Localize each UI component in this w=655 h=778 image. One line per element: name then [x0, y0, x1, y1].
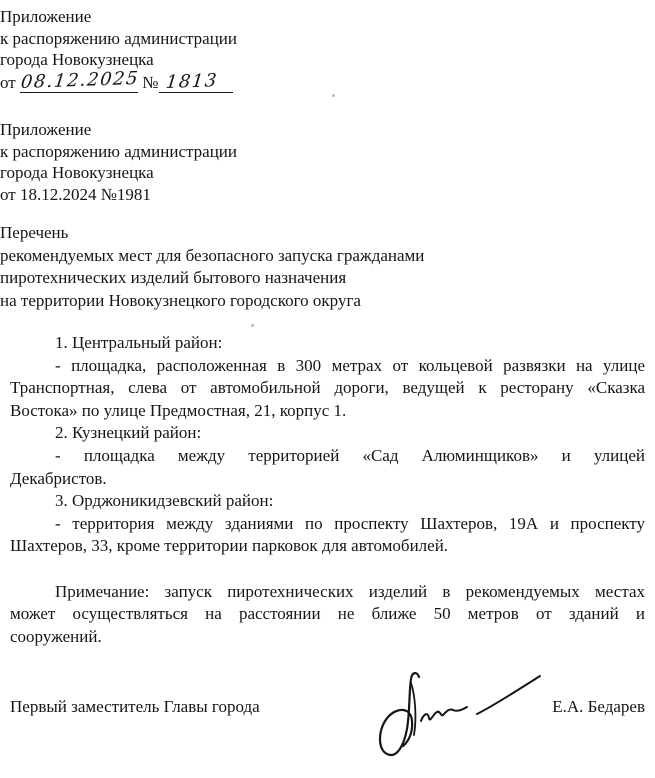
- body-line: Декабристов.: [10, 468, 645, 491]
- title-line: рекомендуемых мест для безопасного запус…: [0, 245, 655, 268]
- title-line: Перечень: [0, 222, 655, 245]
- body-line: Транспортная, слева от автомобильной дор…: [10, 377, 645, 400]
- body-line: - площадка между территорией «Сад Алюмин…: [10, 445, 645, 468]
- appendix-line: к распоряжению администрации: [0, 28, 642, 50]
- number-underline-field: 1813: [159, 73, 233, 93]
- date-underline-field: 08.12.2025: [20, 73, 138, 93]
- title-line: на территории Новокузнецкого городского …: [0, 290, 655, 313]
- scan-speck: [181, 551, 184, 554]
- appendix-block-current: Приложение к распоряжению администрации …: [0, 0, 655, 93]
- body-line: Востока» по улице Предмостная, 21, корпу…: [10, 400, 645, 423]
- appendix-line: города Новокузнецка: [0, 49, 642, 71]
- appendix-block-reference: Приложение к распоряжению администрации …: [0, 119, 655, 205]
- body-line: Шахтеров, 33, кроме территории парковок …: [10, 535, 645, 558]
- note-line: Примечание: запуск пиротехнических издел…: [10, 581, 645, 604]
- date-prefix-label: от: [0, 73, 16, 92]
- document-body: 1. Центральный район: - площадка, распол…: [0, 332, 655, 648]
- signature-row: Первый заместитель Главы города Е.А. Бед…: [0, 697, 655, 717]
- paragraph-site-3: - территория между зданиями по проспекту…: [10, 513, 645, 558]
- body-line: - территория между зданиями по проспекту…: [10, 513, 645, 536]
- handwritten-date: 08.12.2025: [20, 68, 140, 91]
- appendix-reference-date: от 18.12.2024 №1981: [0, 184, 642, 206]
- appendix-line: города Новокузнецка: [0, 162, 642, 184]
- paragraph-district-3: 3. Орджоникидзевский район:: [10, 490, 645, 513]
- note-line: сооружений.: [10, 626, 645, 649]
- appendix-date-line: от 08.12.2025 №1813: [0, 72, 642, 94]
- handwritten-signature-icon: [373, 669, 545, 757]
- paragraph-site-1: - площадка, расположенная в 300 метрах о…: [10, 355, 645, 423]
- document-title: Перечень рекомендуемых мест для безопасн…: [0, 222, 655, 312]
- scan-speck: [332, 94, 335, 97]
- paragraph-site-2: - площадка между территорией «Сад Алюмин…: [10, 445, 645, 490]
- handwritten-number: 1813: [165, 71, 219, 92]
- paragraph-district-2: 2. Кузнецкий район:: [10, 422, 645, 445]
- paragraph-note: Примечание: запуск пиротехнических издел…: [10, 581, 645, 649]
- document-page: Приложение к распоряжению администрации …: [0, 0, 655, 778]
- appendix-line: Приложение: [0, 119, 642, 141]
- title-line: пиротехнических изделий бытового назначе…: [0, 267, 655, 290]
- paragraph-district-1: 1. Центральный район:: [10, 332, 645, 355]
- body-line: 3. Орджоникидзевский район:: [10, 490, 645, 513]
- signer-position-title: Первый заместитель Главы города: [10, 697, 260, 717]
- body-line: - площадка, расположенная в 300 метрах о…: [10, 355, 645, 378]
- number-sign-label: №: [142, 73, 158, 92]
- body-line: 2. Кузнецкий район:: [10, 422, 645, 445]
- body-line: 1. Центральный район:: [10, 332, 645, 355]
- appendix-line: к распоряжению администрации: [0, 141, 642, 163]
- note-line: может осуществляться на расстоянии не бл…: [10, 603, 645, 626]
- appendix-line: Приложение: [0, 6, 642, 28]
- signer-name: Е.А. Бедарев: [552, 697, 645, 717]
- scan-speck: [251, 324, 254, 327]
